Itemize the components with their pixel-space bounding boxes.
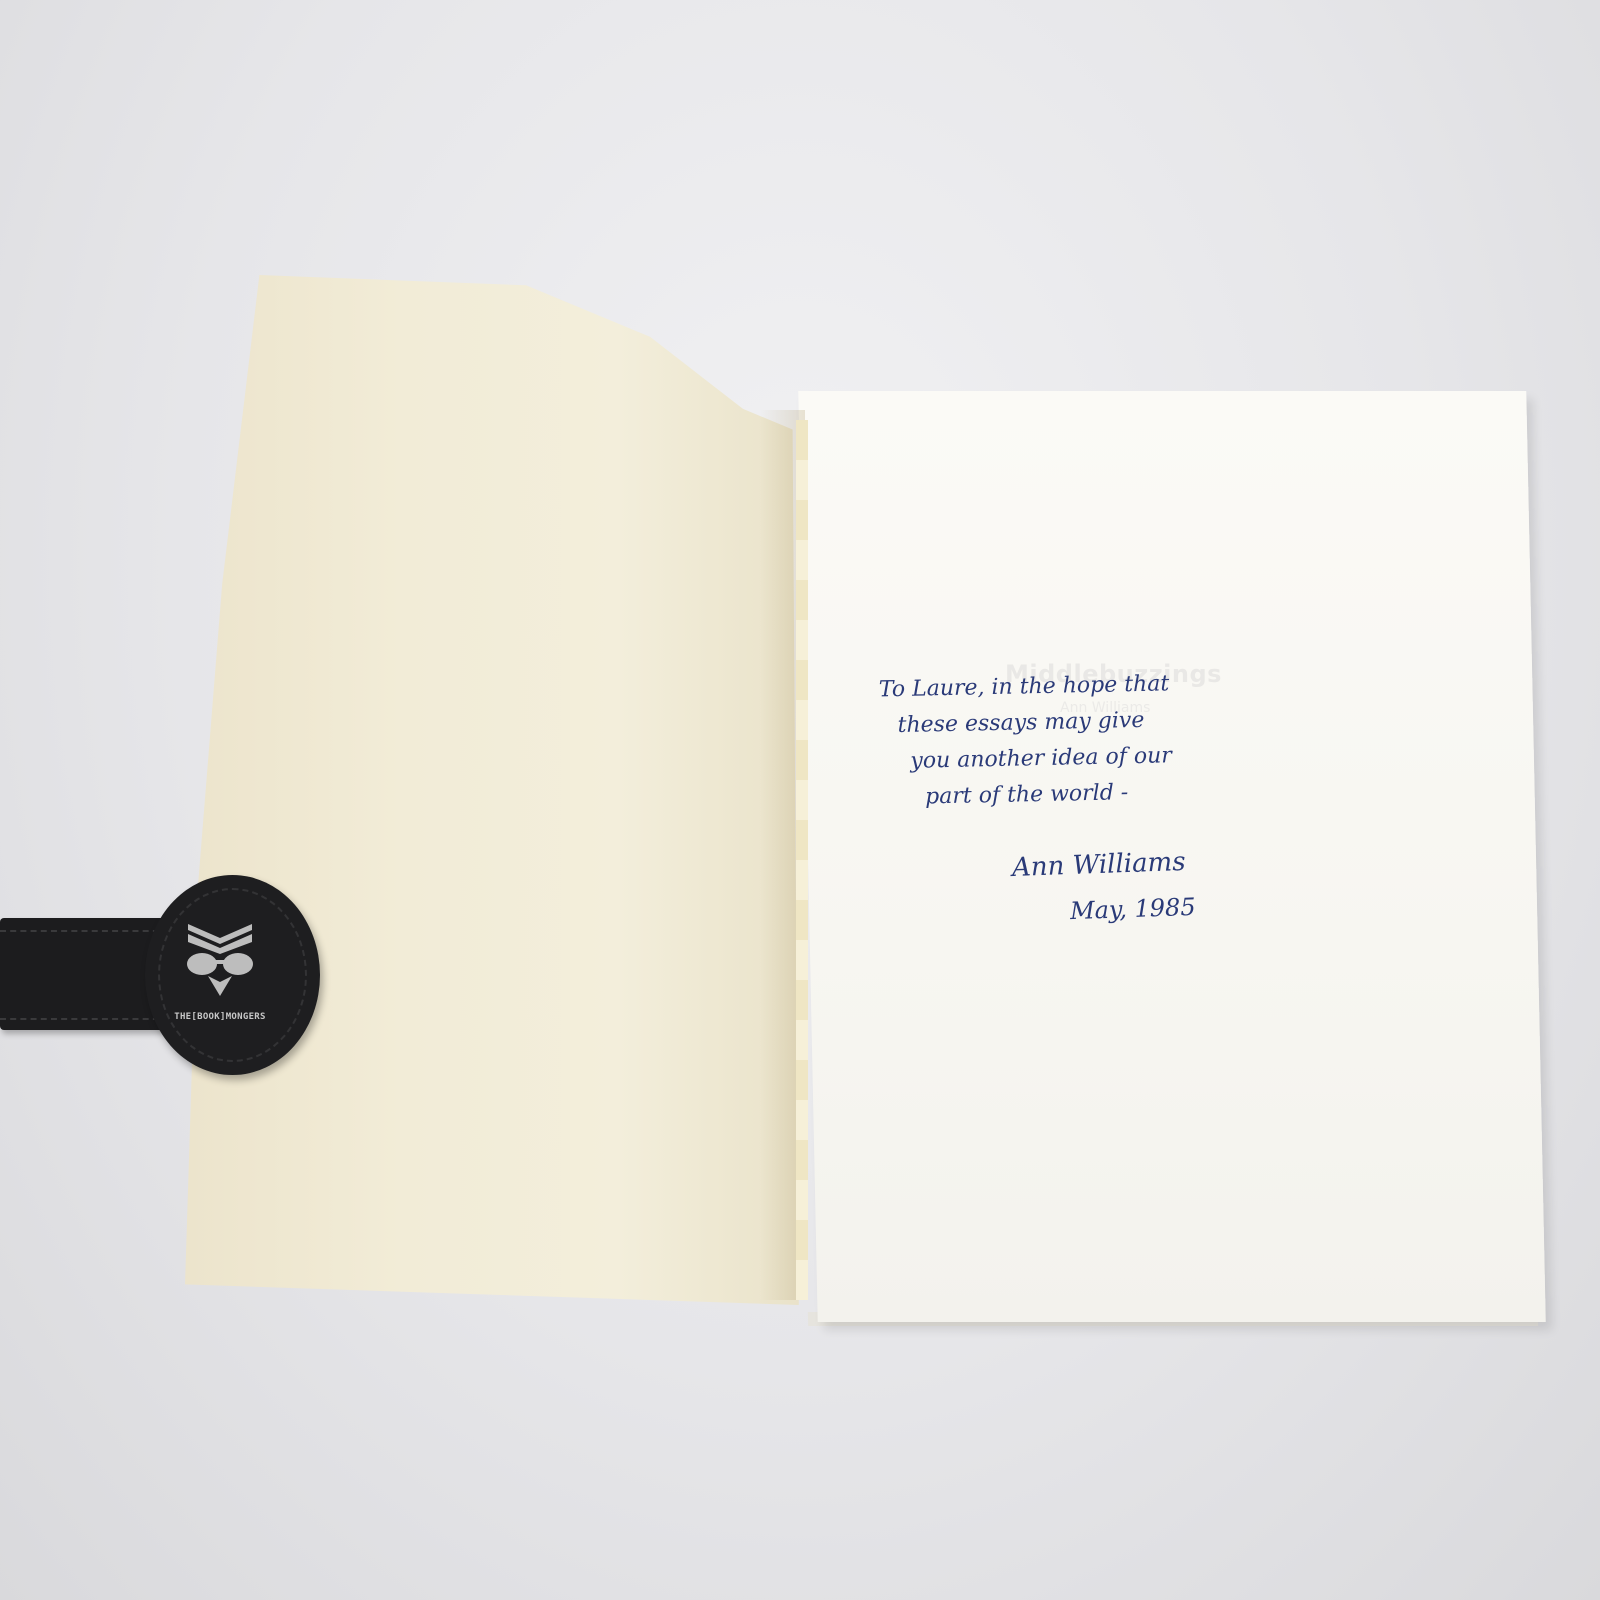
inscription-date: May, 1985 — [1070, 893, 1196, 925]
photo-scene: Middlebuzzings Ann Williams To Laure, in… — [0, 0, 1600, 1600]
book-glasses-owl-icon — [170, 920, 270, 1000]
bookmark-brand-text: THE[BOOK]MONGERS — [170, 1012, 270, 1022]
handwritten-inscription: To Laure, in the hope that these essays … — [879, 664, 1302, 817]
book-gutter — [796, 420, 808, 1300]
signature: Ann Williams — [1012, 847, 1187, 883]
left-page — [185, 275, 805, 1305]
